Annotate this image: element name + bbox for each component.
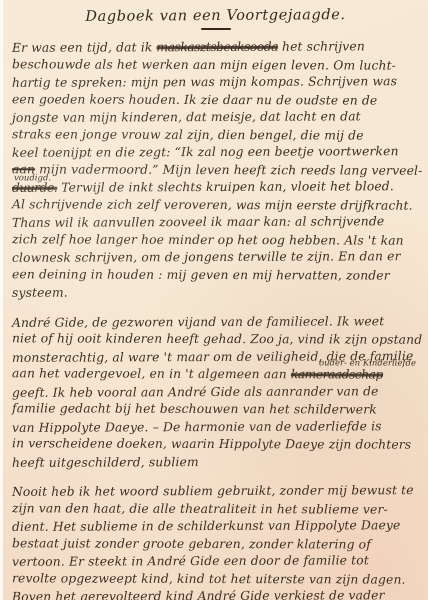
handwritten-line: beschouwde als het werken aan mijn eigen… [12, 56, 422, 75]
crossed-out-text: maskasztsbeaksooda [157, 40, 278, 55]
handwritten-line: duurde. Terwijl de inkt slechts kruipen … [12, 178, 422, 197]
text-segment: bestaat juist zonder groote gebaren, zon… [12, 536, 371, 551]
page-title: Dagboek van een Voortgejaagde. [3, 7, 428, 26]
text-segment: een deining in houden : mij geven en mij… [12, 267, 390, 282]
text-segment: systeem. [12, 286, 68, 300]
handwritten-line: Nooit heb ik het woord subliem gebruikt,… [12, 482, 422, 501]
text-segment: André Gide, de gezworen vijand van de fa… [12, 314, 384, 330]
handwritten-line: Thans wil ik aanvullen zooveel ik maar k… [12, 213, 422, 232]
text-segment: keel toenijpt en die zegt: “Ik zal nog e… [12, 144, 399, 160]
text-segment: het schrijven [278, 39, 365, 53]
handwritten-line: bestaat juist zonder groote gebaren, zon… [12, 535, 422, 554]
manuscript-body: Er was een tijd, dat ik maskasztsbeaksoo… [3, 39, 428, 600]
handwritten-line: systeem. [12, 283, 422, 302]
handwritten-line: in verscheidene doeken, waarin Hippolyte… [12, 435, 422, 454]
interline-correction: ouder- en Kinderliefde [319, 359, 416, 368]
text-segment: mijn vadermoord.” Mijn leven heeft zich … [35, 162, 422, 177]
handwritten-line: clownesk schrijven, om de jongens terwil… [12, 248, 422, 267]
text-segment: zich zelf hoe langer hoe minder op het o… [12, 232, 404, 247]
handwritten-line: een deining in houden : mij geven en mij… [12, 266, 422, 285]
text-segment: een goeden koers houden. Ik zie daar nu … [12, 92, 377, 107]
text-segment: Al schrijvende zich zelf veroveren, was … [12, 197, 413, 212]
text-segment: Thans wil ik aanvullen zooveel ik maar k… [12, 214, 384, 230]
text-segment: aan het vadergevoel, en in 't algemeen a… [12, 366, 291, 381]
handwritten-line: familie gedacht bij het beschouwen van h… [12, 400, 422, 419]
handwritten-line: jongste van mijn kinderen, dat meisje, d… [12, 108, 422, 127]
crossed-out-text: kameraadschap [291, 367, 383, 381]
handwritten-line: Er was een tijd, dat ik maskasztsbeaksoo… [12, 38, 422, 57]
manuscript-page: Dagboek van een Voortgejaagde. Er was ee… [0, 0, 428, 600]
text-segment: Er was een tijd, dat ik [12, 40, 157, 55]
text-segment: familie gedacht bij het beschouwen van h… [12, 401, 377, 416]
crossed-out-text: duurde. [12, 181, 57, 195]
handwritten-line: vertoon. Er steekt in André Gide een doo… [12, 552, 422, 571]
handwritten-line: revolte opgezweept kind, kind tot het ui… [12, 570, 422, 589]
handwritten-line: André Gide, de gezworen vijand van de fa… [12, 313, 422, 332]
text-segment: jongste van mijn kinderen, dat meisje, d… [12, 109, 361, 125]
handwritten-line: heeft uitgeschilderd, subliem [12, 453, 422, 472]
text-segment: hartig te spreken: mijn pen was mijn kom… [12, 74, 397, 90]
handwritten-line: zijn van den haat, die alle theatralitei… [12, 500, 422, 519]
text-segment: Nooit heb ik het woord subliem gebruikt,… [12, 483, 414, 499]
handwritten-line: keel toenijpt en die zegt: “Ik zal nog e… [12, 143, 422, 162]
paragraph: Nooit heb ik het woord subliem gebruikt,… [12, 483, 422, 600]
handwritten-line: aan mijn vadermoord.” Mijn leven heeft z… [12, 161, 422, 180]
text-segment: straks een jonge vrouw zal zijn, dien be… [12, 127, 364, 142]
text-segment: heeft uitgeschilderd, subliem [12, 455, 199, 470]
text-segment: Boven het gerevolteerd kind André Gide v… [12, 588, 385, 600]
handwritten-line: aan het vadergevoel, en in 't algemeen a… [12, 365, 422, 384]
handwritten-line: een goeden koers houden. Ik zie daar nu … [12, 91, 422, 110]
handwritten-line: Boven het gerevolteerd kind André Gide v… [12, 587, 422, 600]
handwritten-line: zich zelf hoe langer hoe minder op het o… [12, 231, 422, 250]
text-segment: revolte opgezweept kind, kind tot het ui… [12, 571, 406, 586]
paragraph: Er was een tijd, dat ik maskasztsbeaksoo… [12, 39, 422, 302]
handwritten-line: straks een jonge vrouw zal zijn, dien be… [12, 126, 422, 145]
text-segment: niet of hij ooit kinderen heeft gehad. Z… [12, 331, 422, 346]
text-segment: vertoon. Er steekt in André Gide een doo… [12, 553, 369, 569]
handwritten-line: dient. Het sublieme in de schilderkunst … [12, 517, 422, 536]
text-segment: clownesk schrijven, om de jongens terwil… [12, 249, 401, 265]
title-underline [201, 28, 231, 30]
paragraph: André Gide, de gezworen vijand van de fa… [12, 314, 422, 472]
text-segment: geeft. Ik heb vooral aan André Gide als … [12, 384, 379, 400]
handwritten-line: geeft. Ik heb vooral aan André Gide als … [12, 383, 422, 402]
handwritten-line: Al schrijvende zich zelf veroveren, was … [12, 196, 422, 215]
title-block: Dagboek van een Voortgejaagde. [3, 0, 428, 30]
text-segment: dient. Het sublieme in de schilderkunst … [12, 518, 401, 534]
text-segment: zijn van den haat, die alle theatralitei… [12, 501, 388, 516]
text-segment: beschouwde als het werken aan mijn eigen… [12, 57, 396, 72]
handwritten-line: hartig te spreken: mijn pen was mijn kom… [12, 73, 422, 92]
text-segment: van Hippolyte Daeye. – De harmonie van d… [12, 419, 382, 435]
handwritten-line: niet of hij ooit kinderen heeft gehad. Z… [12, 330, 422, 349]
text-segment: in verscheidene doeken, waarin Hippolyte… [12, 436, 411, 451]
text-segment: Terwijl de inkt slechts kruipen kan, vlo… [57, 179, 394, 194]
handwritten-line: van Hippolyte Daeye. – De harmonie van d… [12, 418, 422, 437]
